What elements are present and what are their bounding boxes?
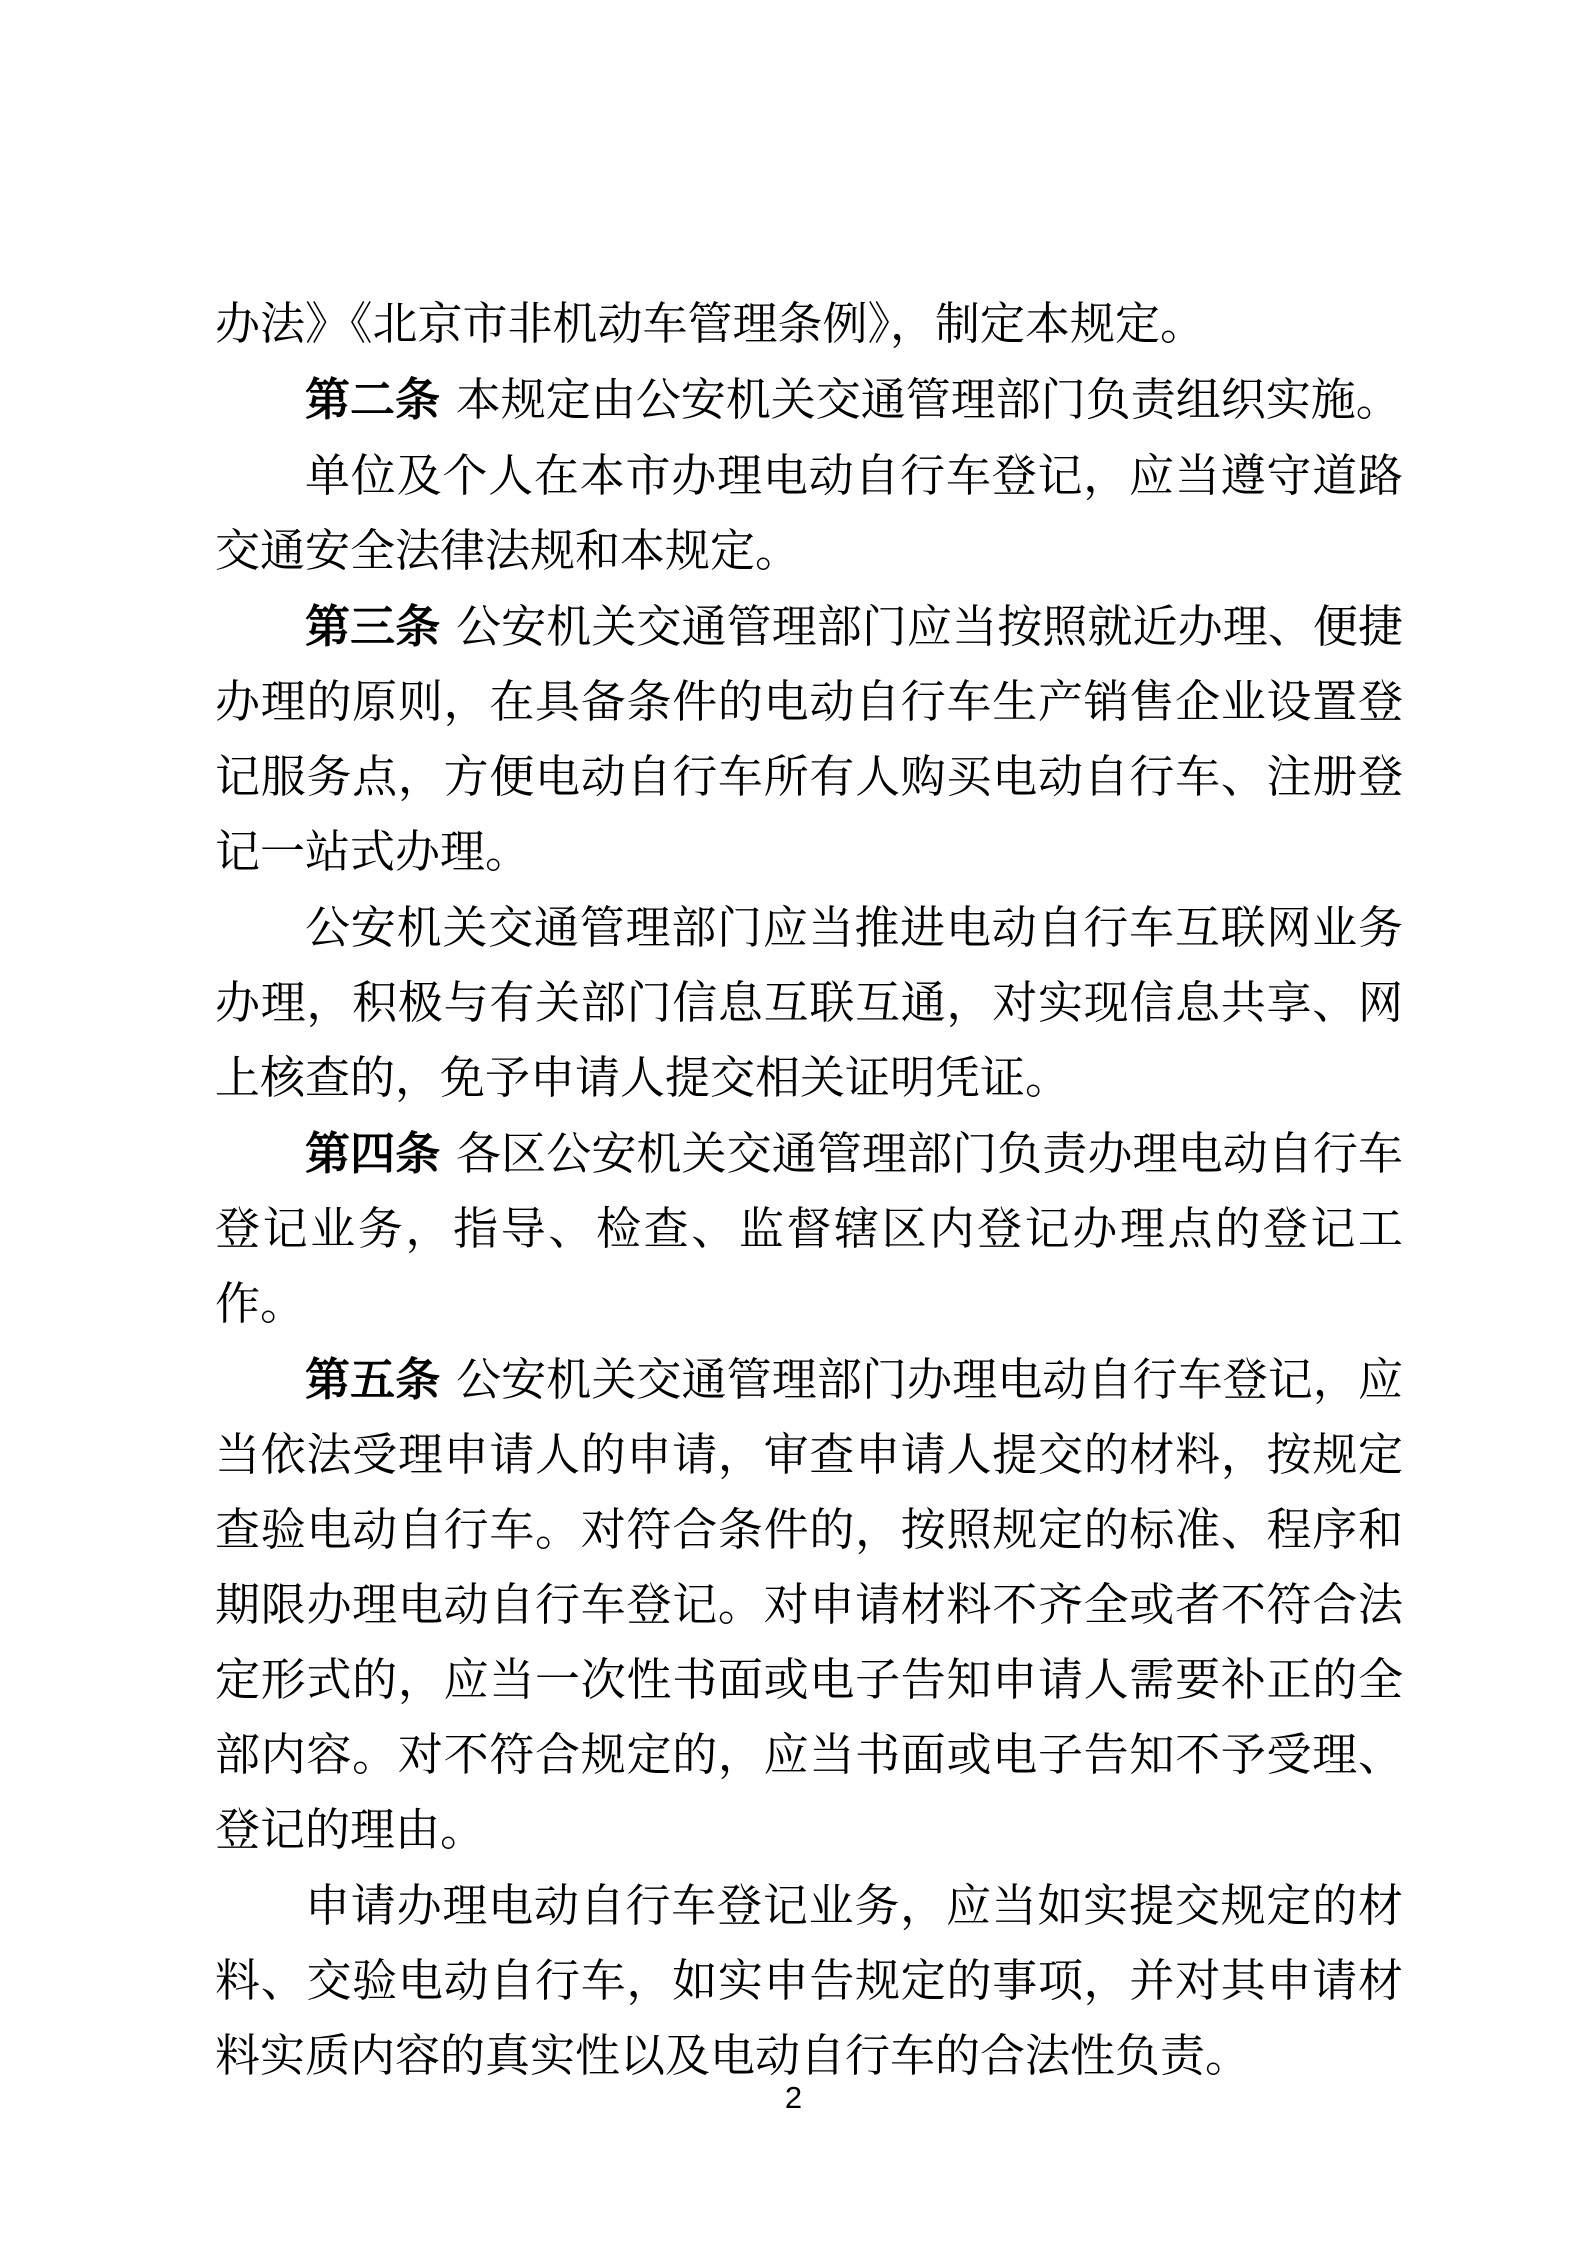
document-page: 办法》《北京市非机动车管理条例》，制定本规定。 第二条本规定由公安机关交通管理部…	[0, 0, 1587, 2245]
paragraph: 申请办理电动自行车登记业务，应当如实提交规定的材料、交验电动自行车，如实申告规定…	[215, 1868, 1403, 2094]
page-number: 2	[0, 2080, 1587, 2116]
paragraph-text: 公安机关交通管理部门应当推进电动自行车互联网业务办理，积极与有关部门信息互联互通…	[215, 903, 1403, 1103]
paragraph: 第五条公安机关交通管理部门办理电动自行车登记，应当依法受理申请人的申请，审查申请…	[215, 1342, 1403, 1868]
paragraph: 第四条各区公安机关交通管理部门负责办理电动自行车登记业务，指导、检查、监督辖区内…	[215, 1116, 1403, 1342]
paragraph: 办法》《北京市非机动车管理条例》，制定本规定。	[215, 286, 1403, 362]
paragraph: 第二条本规定由公安机关交通管理部门负责组织实施。	[215, 362, 1403, 438]
paragraph-text: 公安机关交通管理部门办理电动自行车登记，应当依法受理申请人的申请，审查申请人提交…	[215, 1355, 1403, 1855]
paragraph-text: 申请办理电动自行车登记业务，应当如实提交规定的材料、交验电动自行车，如实申告规定…	[215, 1881, 1403, 2081]
paragraph-text: 单位及个人在本市办理电动自行车登记，应当遵守道路交通安全法律法规和本规定。	[215, 451, 1403, 576]
paragraph: 公安机关交通管理部门应当推进电动自行车互联网业务办理，积极与有关部门信息互联互通…	[215, 890, 1403, 1116]
article-number: 第三条	[305, 601, 440, 652]
paragraph: 单位及个人在本市办理电动自行车登记，应当遵守道路交通安全法律法规和本规定。	[215, 438, 1403, 589]
article-number: 第四条	[305, 1128, 440, 1179]
article-number: 第五条	[305, 1354, 440, 1405]
article-number: 第二条	[305, 374, 440, 425]
paragraph-text: 本规定由公安机关交通管理部门负责组织实施。	[456, 375, 1401, 425]
paragraph-text: 办法》《北京市非机动车管理条例》，制定本规定。	[215, 299, 1205, 349]
document-body: 办法》《北京市非机动车管理条例》，制定本规定。 第二条本规定由公安机关交通管理部…	[215, 286, 1403, 2094]
paragraph: 第三条公安机关交通管理部门应当按照就近办理、便捷办理的原则，在具备条件的电动自行…	[215, 589, 1403, 890]
